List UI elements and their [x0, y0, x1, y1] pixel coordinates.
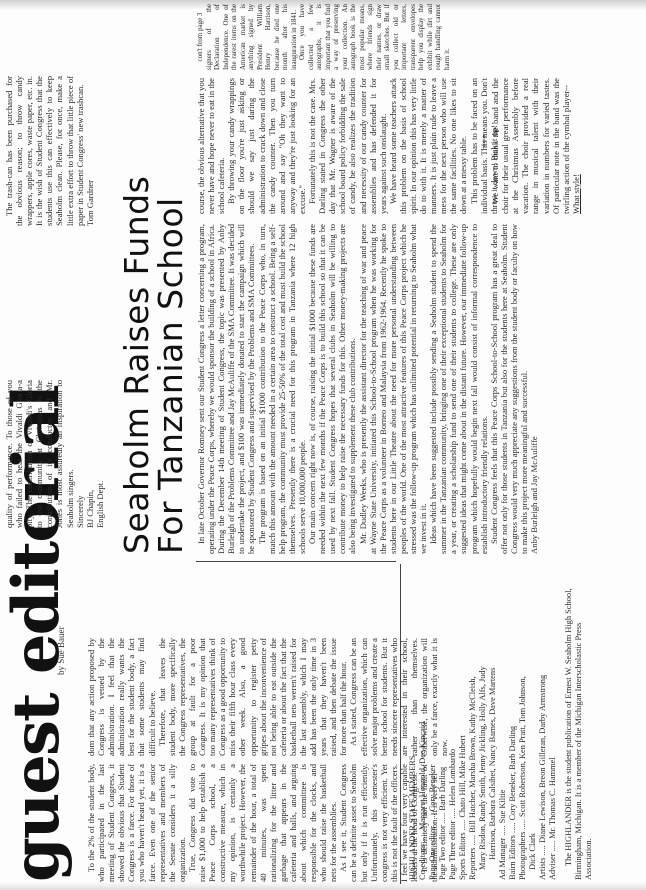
letter-to-editor: quality of performance. To those of you … — [4, 380, 105, 528]
letter-signer: BJ Chapin, — [85, 380, 95, 528]
article-paragraph: Student Congress feels that this Peace C… — [489, 224, 529, 554]
continued-paragraph: Once you have collected a few autographs… — [298, 4, 451, 70]
publication-note: The HIGHLANDER is the student publicatio… — [564, 580, 594, 880]
article-headline: Seaholm Raises Funds For Tanzanian Schoo… — [120, 176, 188, 554]
page-edge-shadow — [0, 882, 646, 890]
thanks-paragraph: We want to thank the band and the choir … — [490, 78, 571, 214]
staff-line: Sports Editors ..... Chato Hill, Mike Hu… — [458, 570, 468, 880]
trashcan-body: The trash-can has been purchased for the… — [4, 76, 85, 226]
staff-box: HIGHLANDER STAFF MEMBERS Co-editors ....… — [408, 570, 594, 880]
article-byline: Anby Burleigh and Jay McAuliffe — [529, 224, 539, 554]
letter-body: quality of performance. To those of you … — [4, 380, 75, 528]
staff-line: Artists ..... Diane Lewison, Breon Gille… — [538, 570, 548, 880]
newspaper-page: guest editorial by Sue Bauer To the 2% o… — [0, 0, 646, 890]
candy-counter-column: course, the obvious alternative that you… — [196, 78, 499, 214]
article-paragraph: The program is based on an initial $1000… — [257, 224, 307, 554]
staff-line: Dick Clark — [528, 570, 538, 880]
trashcan-notice: The trash-can has been purchased for the… — [4, 76, 95, 226]
headline-line-2: For Tanzanian School — [154, 176, 188, 554]
divider-rule — [400, 564, 401, 884]
staff-line: Harrison, Barbara Calsibet, Nancy Barnes… — [488, 570, 498, 880]
candy-paragraph: By throwing your candy wrappings on the … — [226, 78, 307, 214]
article-paragraph: Our main concern right now is, of course… — [307, 224, 357, 554]
article-paragraph: Mr. Dudley Weeks, who is presently the a… — [358, 224, 429, 554]
staff-line: Ad Manager ..... Sue Kiltie — [498, 570, 508, 880]
editorial-paragraph: Therefore, that leaves the student body,… — [157, 638, 349, 756]
continued-label: con't from page 3 — [196, 4, 205, 70]
editorial-column-1: To the 2% of the student body, who parti… — [86, 764, 439, 882]
candy-paragraph: Fortunately this is not the case. Mrs. D… — [307, 78, 388, 214]
scanned-page-viewport: guest editorial by Sue Bauer To the 2% o… — [0, 0, 646, 890]
staff-line: Mary Risdon, Randy Smith, Jenny Jickling… — [478, 570, 488, 880]
article-paragraph: In late October Governor Romney sent our… — [196, 224, 257, 554]
letter-dept: English Dept. — [95, 380, 105, 528]
thanks-column: *** We want to thank the band and the ch… — [480, 78, 581, 214]
editorial-paragraph: To the 2% of the student body, who parti… — [86, 764, 187, 882]
letter-closing: Sincerely — [75, 380, 85, 528]
staff-line: Adviser ..... Mr. Thomas C. Hammel — [548, 570, 558, 880]
staff-line: Page One editor ..... Cory Beneker — [428, 570, 438, 880]
headline-line-1: Seaholm Raises Funds — [120, 176, 154, 554]
candy-paragraph: course, the obvious alternative that you… — [196, 78, 226, 214]
editorial-paragraph: True, Congress did vote to raise $1,000 … — [187, 764, 338, 882]
continued-column: con't from page 3 signers of the Declara… — [196, 4, 451, 70]
trashcan-signer: Tom Gardner — [85, 76, 95, 226]
staff-line: Bairn Editors ..... Cory Beneker, Barb D… — [508, 570, 518, 880]
continued-paragraph: signers of the Declaration of Independen… — [205, 4, 299, 70]
article-body: In late October Governor Romney sent our… — [196, 224, 539, 554]
staff-line: Co-editors ..... Margaret Honnold, Dee K… — [418, 570, 428, 880]
thanks-ending: What style! — [571, 78, 581, 214]
article-paragraph: Ideas which have been suggested include … — [428, 224, 489, 554]
section-separator: *** — [480, 78, 490, 214]
staff-line: Photographers ..... Scott Robertson, Ken… — [518, 570, 528, 880]
candy-paragraph: We have heard some teachers attack this … — [388, 78, 469, 214]
editorial-byline: by Sue Bauer — [56, 627, 66, 676]
staff-line: Page Three editor ..... Helen Lombardo — [448, 570, 458, 880]
divider-rule — [196, 561, 396, 562]
staff-title: HIGHLANDER STAFF MEMBERS — [408, 570, 418, 880]
staff-line: Reporters ..... Bill Hatcher, Marsha Bro… — [468, 570, 478, 880]
editorial-paragraph: As I see it, Student Congress can be a d… — [338, 764, 419, 882]
editorial-column-2: dom that any action proposed by Congress… — [86, 638, 449, 756]
staff-line: Page Two editor ..... Barb Darling — [438, 570, 448, 880]
editorial-paragraph: dom that any action proposed by Congress… — [86, 638, 157, 756]
